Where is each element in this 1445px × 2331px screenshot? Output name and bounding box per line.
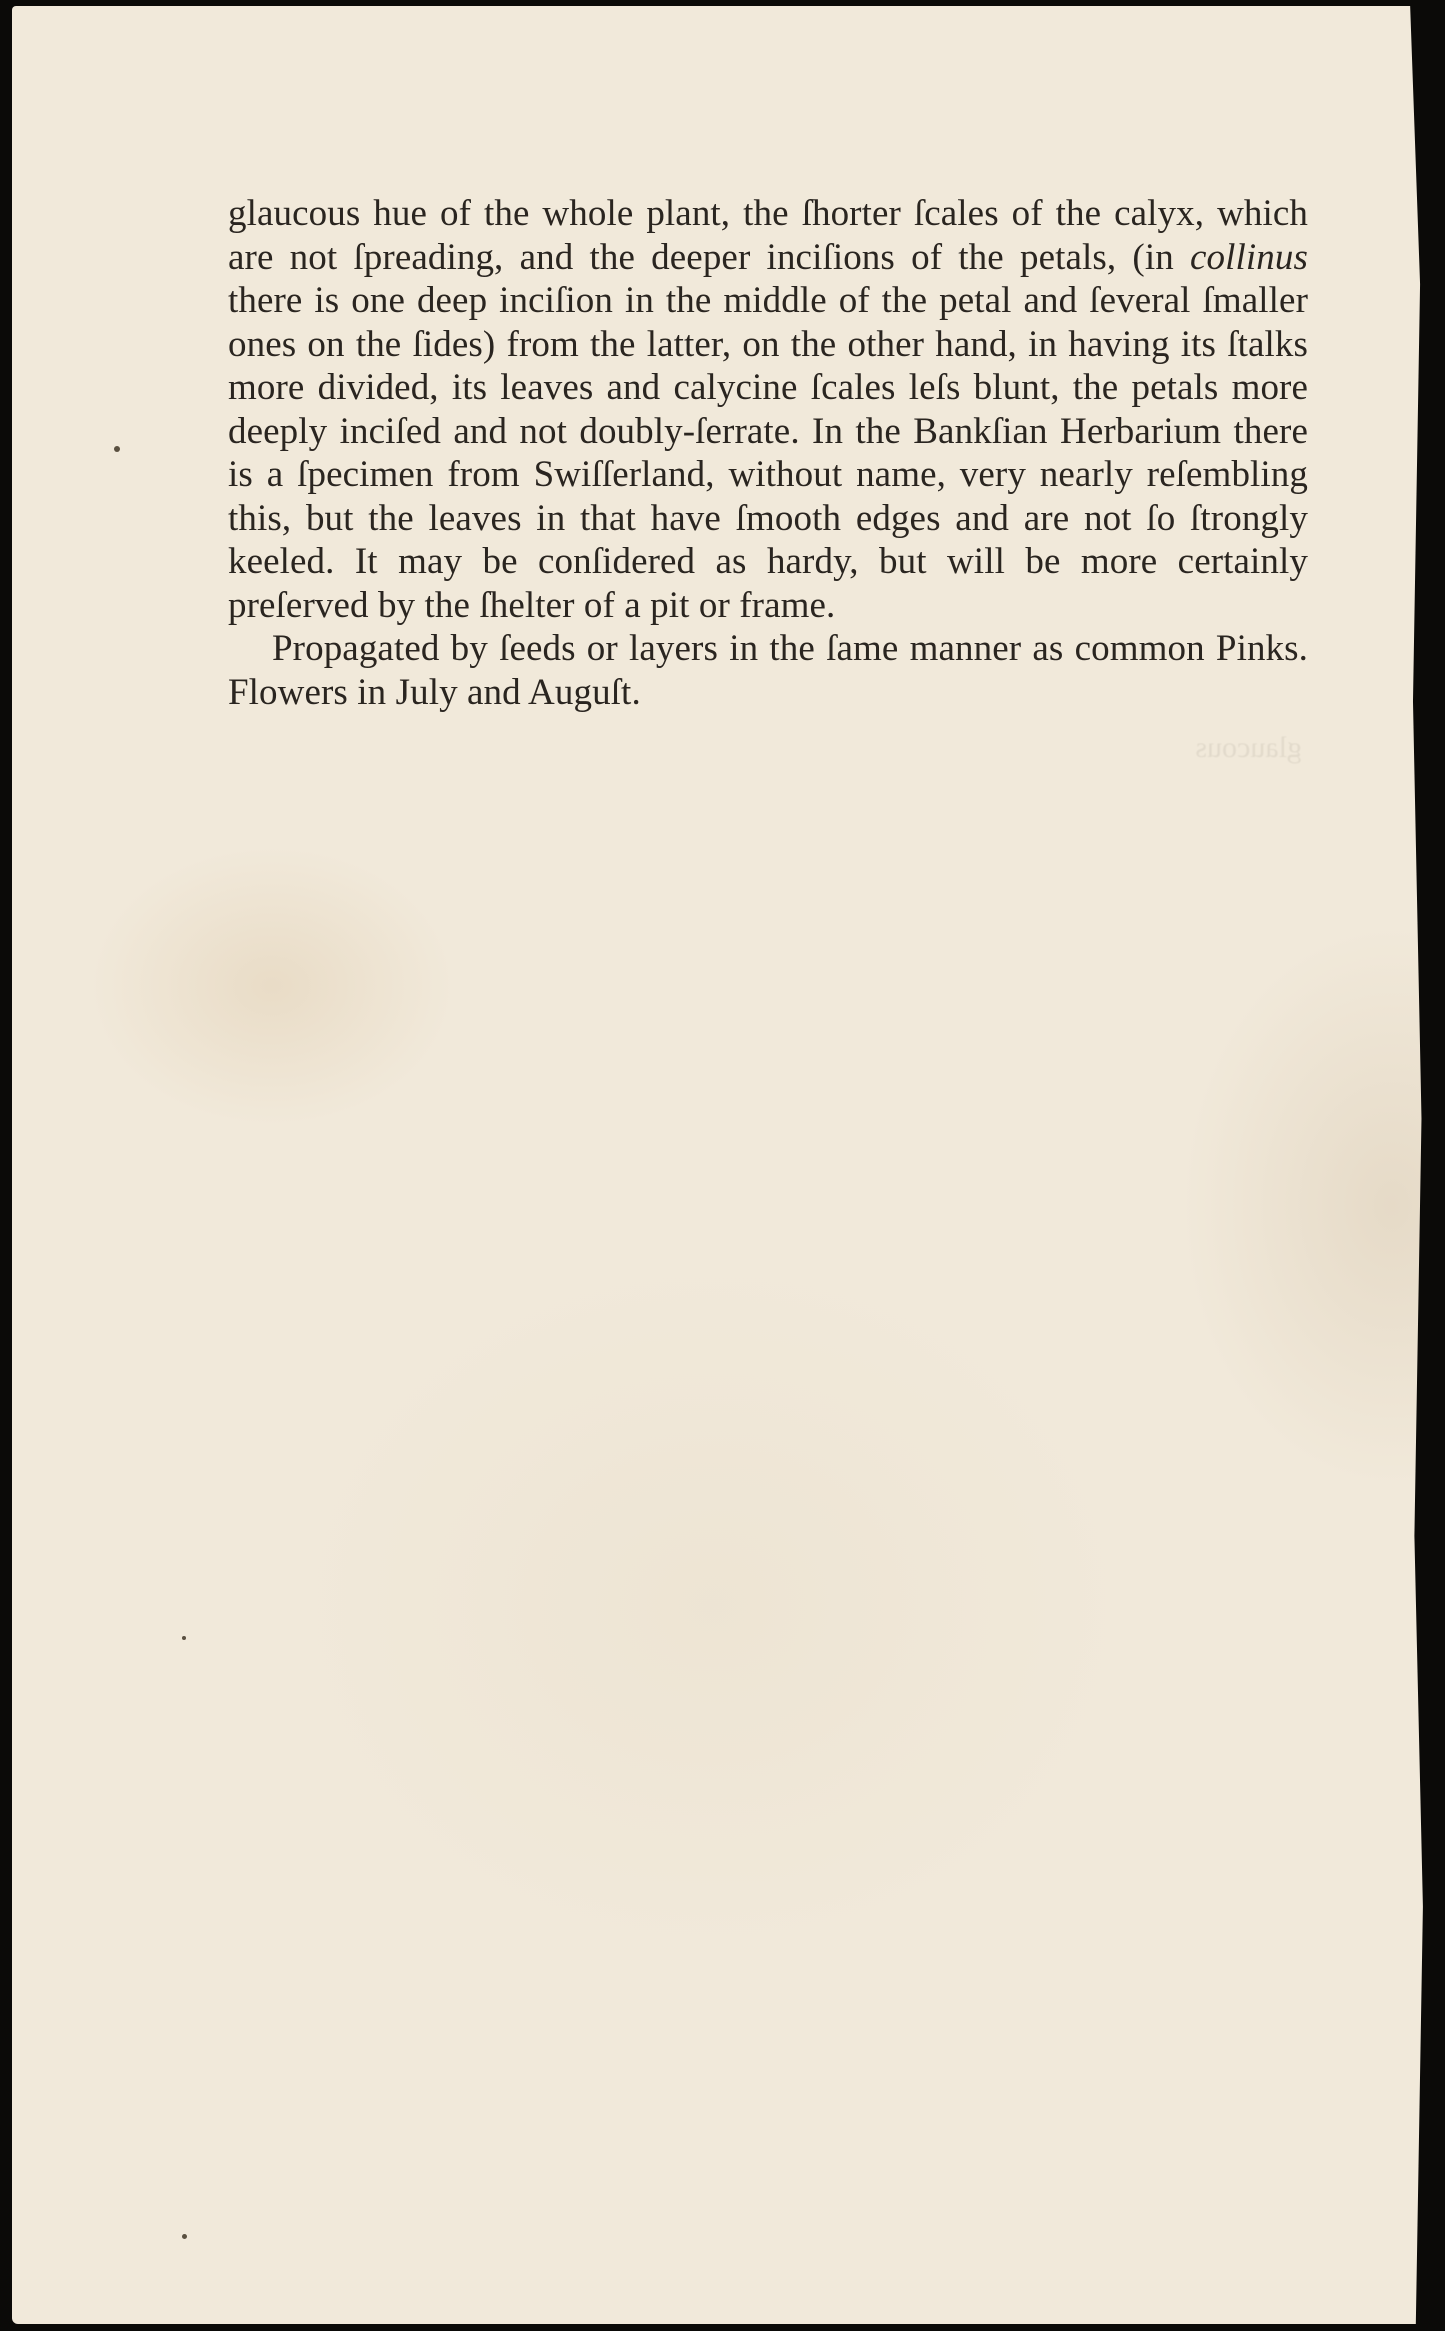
paper-speck [182,2234,187,2239]
text-segment: glaucous hue of the whole plant, the ſho… [228,193,1308,278]
species-name-italic: collinus [1190,237,1308,278]
document-page: glaucous glaucous hue of the whole plant… [12,6,1430,2324]
paper-speck [114,446,120,452]
paper-speck [182,1636,186,1640]
text-segment: there is one deep inciſion in the middle… [228,280,1308,626]
bleed-through-text: glaucous [182,726,1302,2146]
body-text: glaucous hue of the whole plant, the ſho… [228,192,1308,714]
paragraph-2: Propagated by ſeeds or layers in the ſam… [228,627,1308,714]
text-segment: Propagated by ſeeds or layers in the ſam… [228,628,1308,713]
paragraph-1: glaucous hue of the whole plant, the ſho… [228,192,1308,627]
